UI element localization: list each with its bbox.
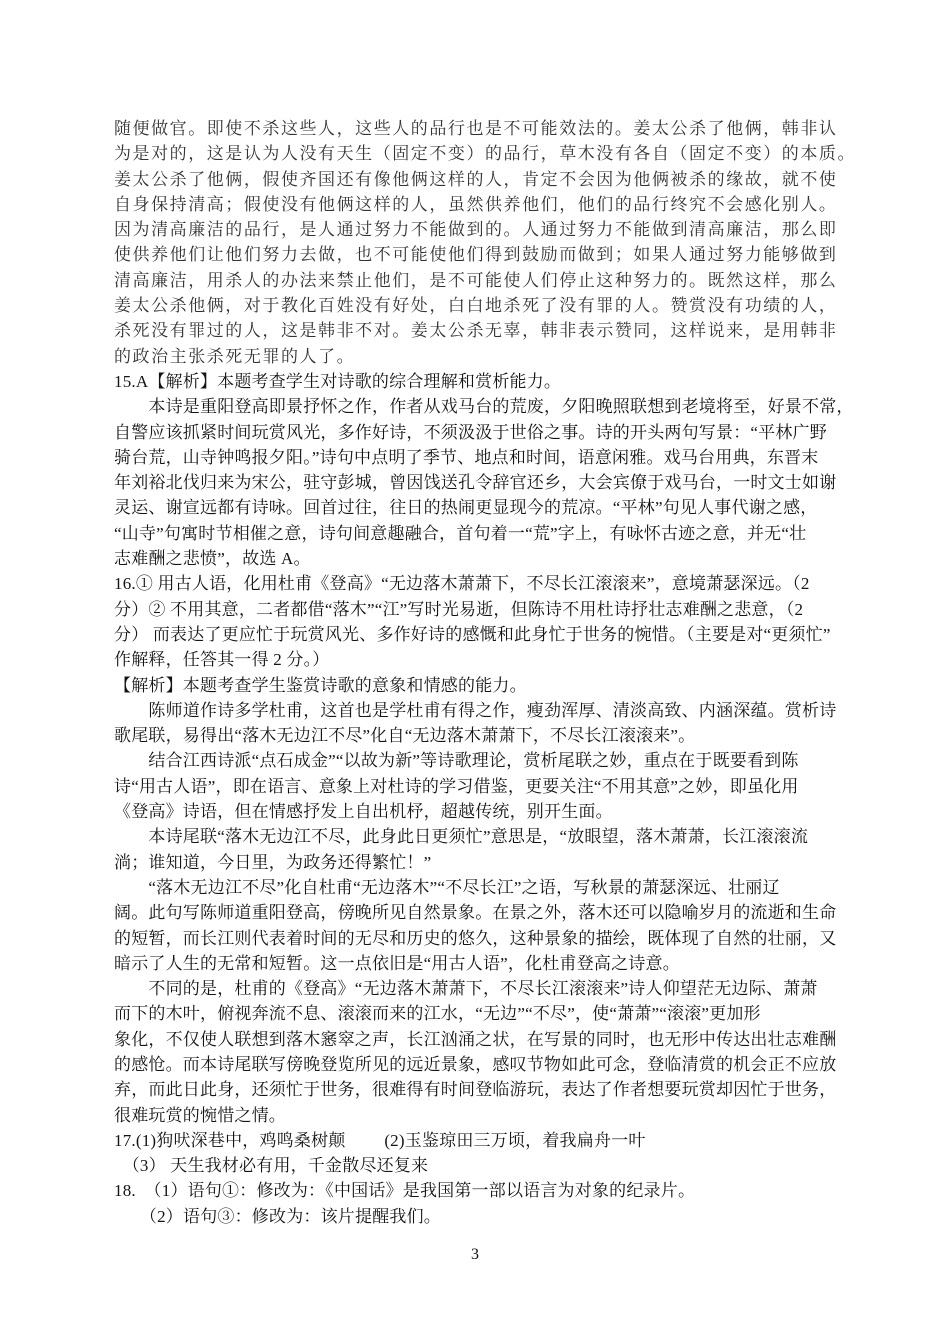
text-line: 18. （1）语句①：修改为：《中国话》是我国第一部以语言为对象的纪录片。 [114,1178,836,1203]
text-line: 志难酬之悲愤”，故选 A。 [114,546,836,571]
text-line: 姜太公杀了他俩，假使齐国还有像他俩这样的人，肯定不会因为他俩被杀的缘故，就不使 [114,167,836,192]
text-line: 象化，不仅使人联想到落木窸窣之声，长江汹涌之状，在写景的同时，也无形中传达出壮志… [114,1027,836,1052]
text-line: 为是对的，这是认为人没有天生（固定不变）的品行，草木没有各自（固定不变）的本质。 [114,141,836,166]
answer-15: 15.A【解析】本题考查学生对诗歌的综合理解和赏析能力。 本诗是重阳登高即景抒怀… [114,369,836,571]
text-line: 的感怆。而本诗尾联写傍晚登览所见的远近景象，感叹节物如此可念，登临清赏的机会正不… [114,1052,836,1077]
document-page: 随便做官。即使不杀这些人，这些人的品行也是不可能效法的。姜太公杀了他俩，韩非认为… [0,0,950,1344]
text-line: 的政治主张杀死无罪的人了。 [114,344,836,369]
text-line: 随便做官。即使不杀这些人，这些人的品行也是不可能效法的。姜太公杀了他俩，韩非认 [114,116,836,141]
text-line: 分） 而表达了更应忙于玩赏风光、多作好诗的感慨和此身忙于世务的惋惜。（主要是对“… [114,622,836,647]
translation-paragraph: 随便做官。即使不杀这些人，这些人的品行也是不可能效法的。姜太公杀了他俩，韩非认为… [114,116,836,369]
text-line: 作解释，任答其一得 2 分。） [114,647,836,672]
answer-18: 18. （1）语句①：修改为：《中国话》是我国第一部以语言为对象的纪录片。 （2… [114,1178,836,1229]
answer-16-analysis: 【解析】本题考查学生鉴赏诗歌的意象和情感的能力。 陈师道作诗多学杜甫，这首也是学… [114,673,836,1128]
text-line: 结合江西诗派“点石成金”“以故为新”等诗歌理论，赏析尾联之妙，重点在于既要看到陈 [114,748,836,773]
text-line: “山寺”句寓时节相催之意，诗句间意趣融合，首句着一“荒”字上，有咏怀古迹之意，并… [114,521,836,546]
text-line: 自警应该抓紧时间玩赏风光，多作好诗，不须汲汲于世俗之事。诗的开头两句写景：“平林… [114,420,836,445]
text-line: 阔。此句写陈师道重阳登高，傍晚所见自然景象。在景之外，落木还可以隐喻岁月的流逝和… [114,900,836,925]
text-line: 骑台荒，山寺钟鸣报夕阳。”诗句中点明了季节、地点和时间，语意闲雅。戏马台用典，东… [114,445,836,470]
text-line: 而下的木叶，俯视奔流不息、滚滚而来的江水，“无边”“不尽”，使“萧萧”“滚滚”更… [114,1001,836,1026]
text-line: （2）语句③：修改为：该片提醒我们。 [114,1204,836,1229]
text-line: 灵运、谢宣远都有诗咏。回首过往，往日的热闹更显现今的荒凉。“平林”句见人事代谢之… [114,495,836,520]
text-line: 本诗尾联“落木无边江不尽，此身此日更须忙”意思是，“放眼望，落木萧萧，长江滚滚流 [114,824,836,849]
text-line: 自身保持清高；假使没有他俩这样的人，虽然供养他们，他们的品行终究不会感化别人。 [114,192,836,217]
answer-16: 16.① 用古人语，化用杜甫《登高》“无边落木萧萧下，不尽长江滚滚来”，意境萧瑟… [114,571,836,672]
answer-key-text: 随便做官。即使不杀这些人，这些人的品行也是不可能效法的。姜太公杀了他俩，韩非认为… [114,116,836,1229]
text-line: 陈师道作诗多学杜甫，这首也是学杜甫有得之作，瘦劲浑厚、清淡高致、内涵深蕴。赏析诗 [114,698,836,723]
page-number: 3 [0,1246,950,1264]
text-line: 不同的是，杜甫的《登高》“无边落木萧萧下，不尽长江滚滚来”诗人仰望茫无边际、萧萧 [114,976,836,1001]
text-line: 17.(1)狗吠深巷中，鸡鸣桑树颠 (2)玉鉴琼田三万顷，着我扁舟一叶 [114,1128,836,1153]
text-line: 《登高》诗语，但在情感抒发上自出机杼，超越传统，别开生面。 [114,799,836,824]
text-line: 杀死没有罪过的人，这是韩非不对。姜太公杀无辜，韩非表示赞同，这样说来，是用韩非 [114,318,836,343]
text-line: 暗示了人生的无常和短暂。这一点依旧是“用古人语”，化杜甫登高之诗意。 [114,951,836,976]
text-line: 歌尾联，易得出“落木无边江不尽”化自“无边落木萧萧下，不尽长江滚滚来”。 [114,723,836,748]
text-line: 清高廉洁，用杀人的办法来禁止他们，是不可能使人们停止这种努力的。既然这样，那么 [114,268,836,293]
text-line: 淌；谁知道，今日里，为政务还得繁忙！” [114,850,836,875]
text-line: 诗“用古人语”，即在语言、意象上对杜诗的学习借鉴，更要关注“不用其意”之妙，即虽… [114,774,836,799]
text-line: 15.A【解析】本题考查学生对诗歌的综合理解和赏析能力。 [114,369,836,394]
answer-17: 17.(1)狗吠深巷中，鸡鸣桑树颠 (2)玉鉴琼田三万顷，着我扁舟一叶 （3） … [114,1128,836,1179]
text-line: 姜太公杀他俩，对于教化百姓没有好处，白白地杀死了没有罪的人。赞赏没有功绩的人， [114,293,836,318]
text-line: 【解析】本题考查学生鉴赏诗歌的意象和情感的能力。 [114,673,836,698]
text-line: 弃，而此日此身，还须忙于世务，很难得有时间登临游玩，表达了作者想要玩赏却因忙于世… [114,1077,836,1102]
text-line: 使供养他们让他们努力去做，也不可能使他们得到鼓励而做到；如果人通过努力能够做到 [114,242,836,267]
text-line: 很难玩赏的惋惜之情。 [114,1103,836,1128]
text-line: 的短暂，而长江则代表着时间的无尽和历史的悠久，这种景象的描绘，既体现了自然的壮丽… [114,926,836,951]
text-line: （3） 天生我材必有用，千金散尽还复来 [114,1153,836,1178]
text-line: 16.① 用古人语，化用杜甫《登高》“无边落木萧萧下，不尽长江滚滚来”，意境萧瑟… [114,571,836,596]
text-line: 分）② 不用其意，二者都借“落木”“江”写时光易逝，但陈诗不用杜诗抒壮志难酬之悲… [114,597,836,622]
text-line: “落木无边江不尽”化自杜甫“无边落木”“不尽长江”之语，写秋景的萧瑟深远、壮丽辽 [114,875,836,900]
text-line: 因为清高廉洁的品行，是人通过努力不能做到的。人通过努力不能做到清高廉洁，那么即 [114,217,836,242]
text-line: 年刘裕北伐归来为宋公，驻守彭城，曾因饯送孔令辞官还乡，大会宾僚于戏马台，一时文士… [114,470,836,495]
text-line: 本诗是重阳登高即景抒怀之作，作者从戏马台的荒废，夕阳晚照联想到老境将至，好景不常… [114,394,836,419]
